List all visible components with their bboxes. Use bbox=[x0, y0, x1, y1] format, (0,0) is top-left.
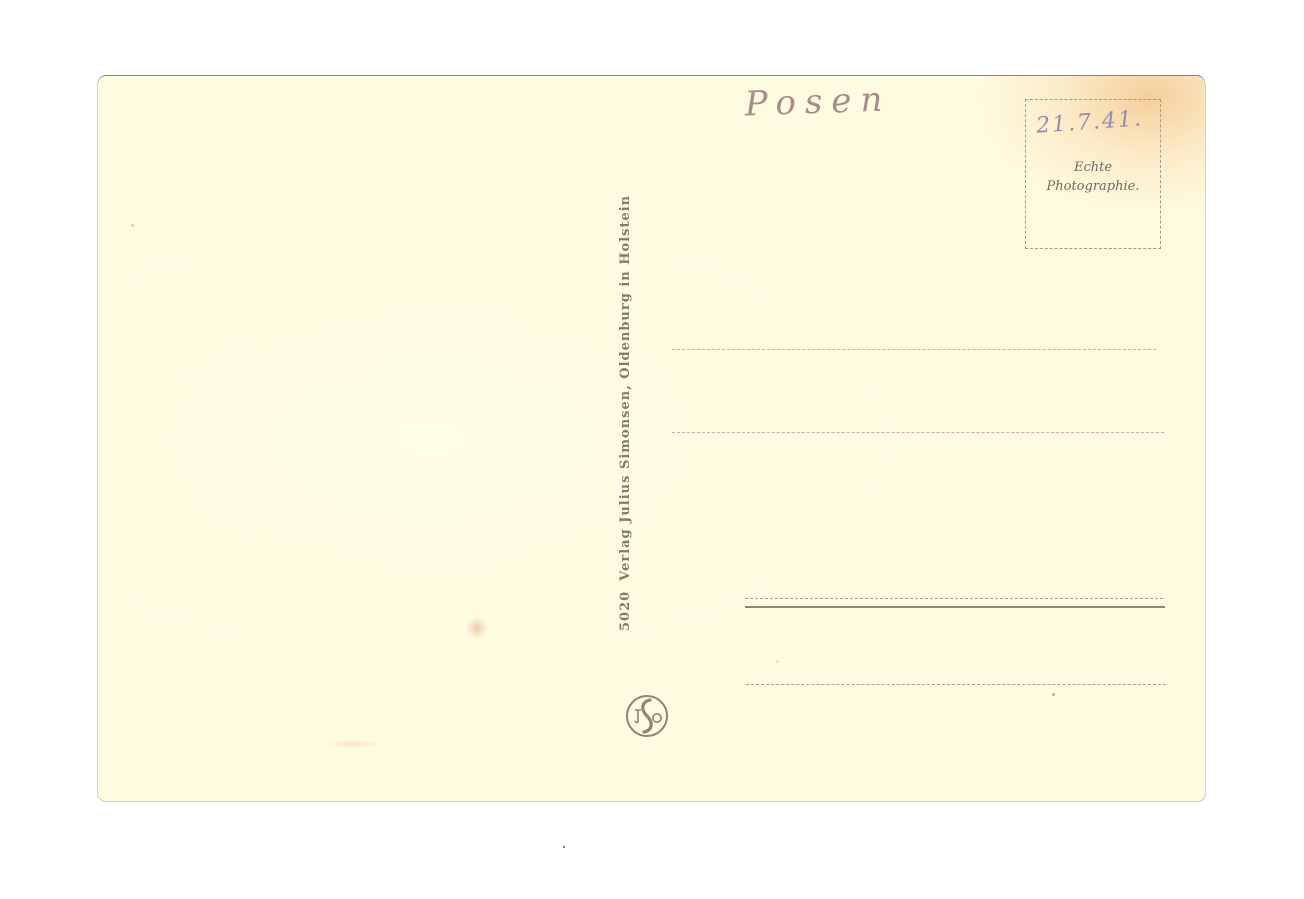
address-line-4 bbox=[746, 684, 1166, 685]
jso-publisher-logo-icon bbox=[625, 694, 669, 738]
card-number: 5020 bbox=[618, 591, 633, 631]
address-line-1 bbox=[672, 349, 1156, 350]
paper-speck bbox=[131, 224, 134, 227]
handwritten-date: 21.7.41. bbox=[1035, 106, 1143, 138]
stamp-label-line2: Photographie. bbox=[1026, 177, 1160, 196]
stamp-label: Echte Photographie. bbox=[1026, 158, 1160, 196]
publisher-imprint: 5020Verlag Julius Simonsen, Oldenburg in… bbox=[618, 171, 638, 631]
address-line-3-dotted bbox=[745, 598, 1163, 599]
paper-stain bbox=[328, 740, 378, 748]
paper-stain bbox=[466, 618, 488, 638]
postcard: Posen 21.7.41. Echte Photographie. 5020V… bbox=[98, 76, 1205, 801]
stamp-box: 21.7.41. Echte Photographie. bbox=[1025, 99, 1161, 249]
address-line-2 bbox=[672, 432, 1164, 433]
address-line-3-solid bbox=[745, 606, 1165, 608]
paper-speck bbox=[776, 660, 779, 663]
scan-speck bbox=[563, 846, 565, 848]
paper-speck bbox=[1052, 693, 1055, 696]
scan-background: Posen 21.7.41. Echte Photographie. 5020V… bbox=[0, 0, 1304, 899]
stamp-label-line1: Echte bbox=[1026, 158, 1160, 177]
handwritten-place-name: Posen bbox=[744, 78, 946, 135]
publisher-name: Verlag Julius Simonsen, Oldenburg in Hol… bbox=[618, 195, 633, 581]
